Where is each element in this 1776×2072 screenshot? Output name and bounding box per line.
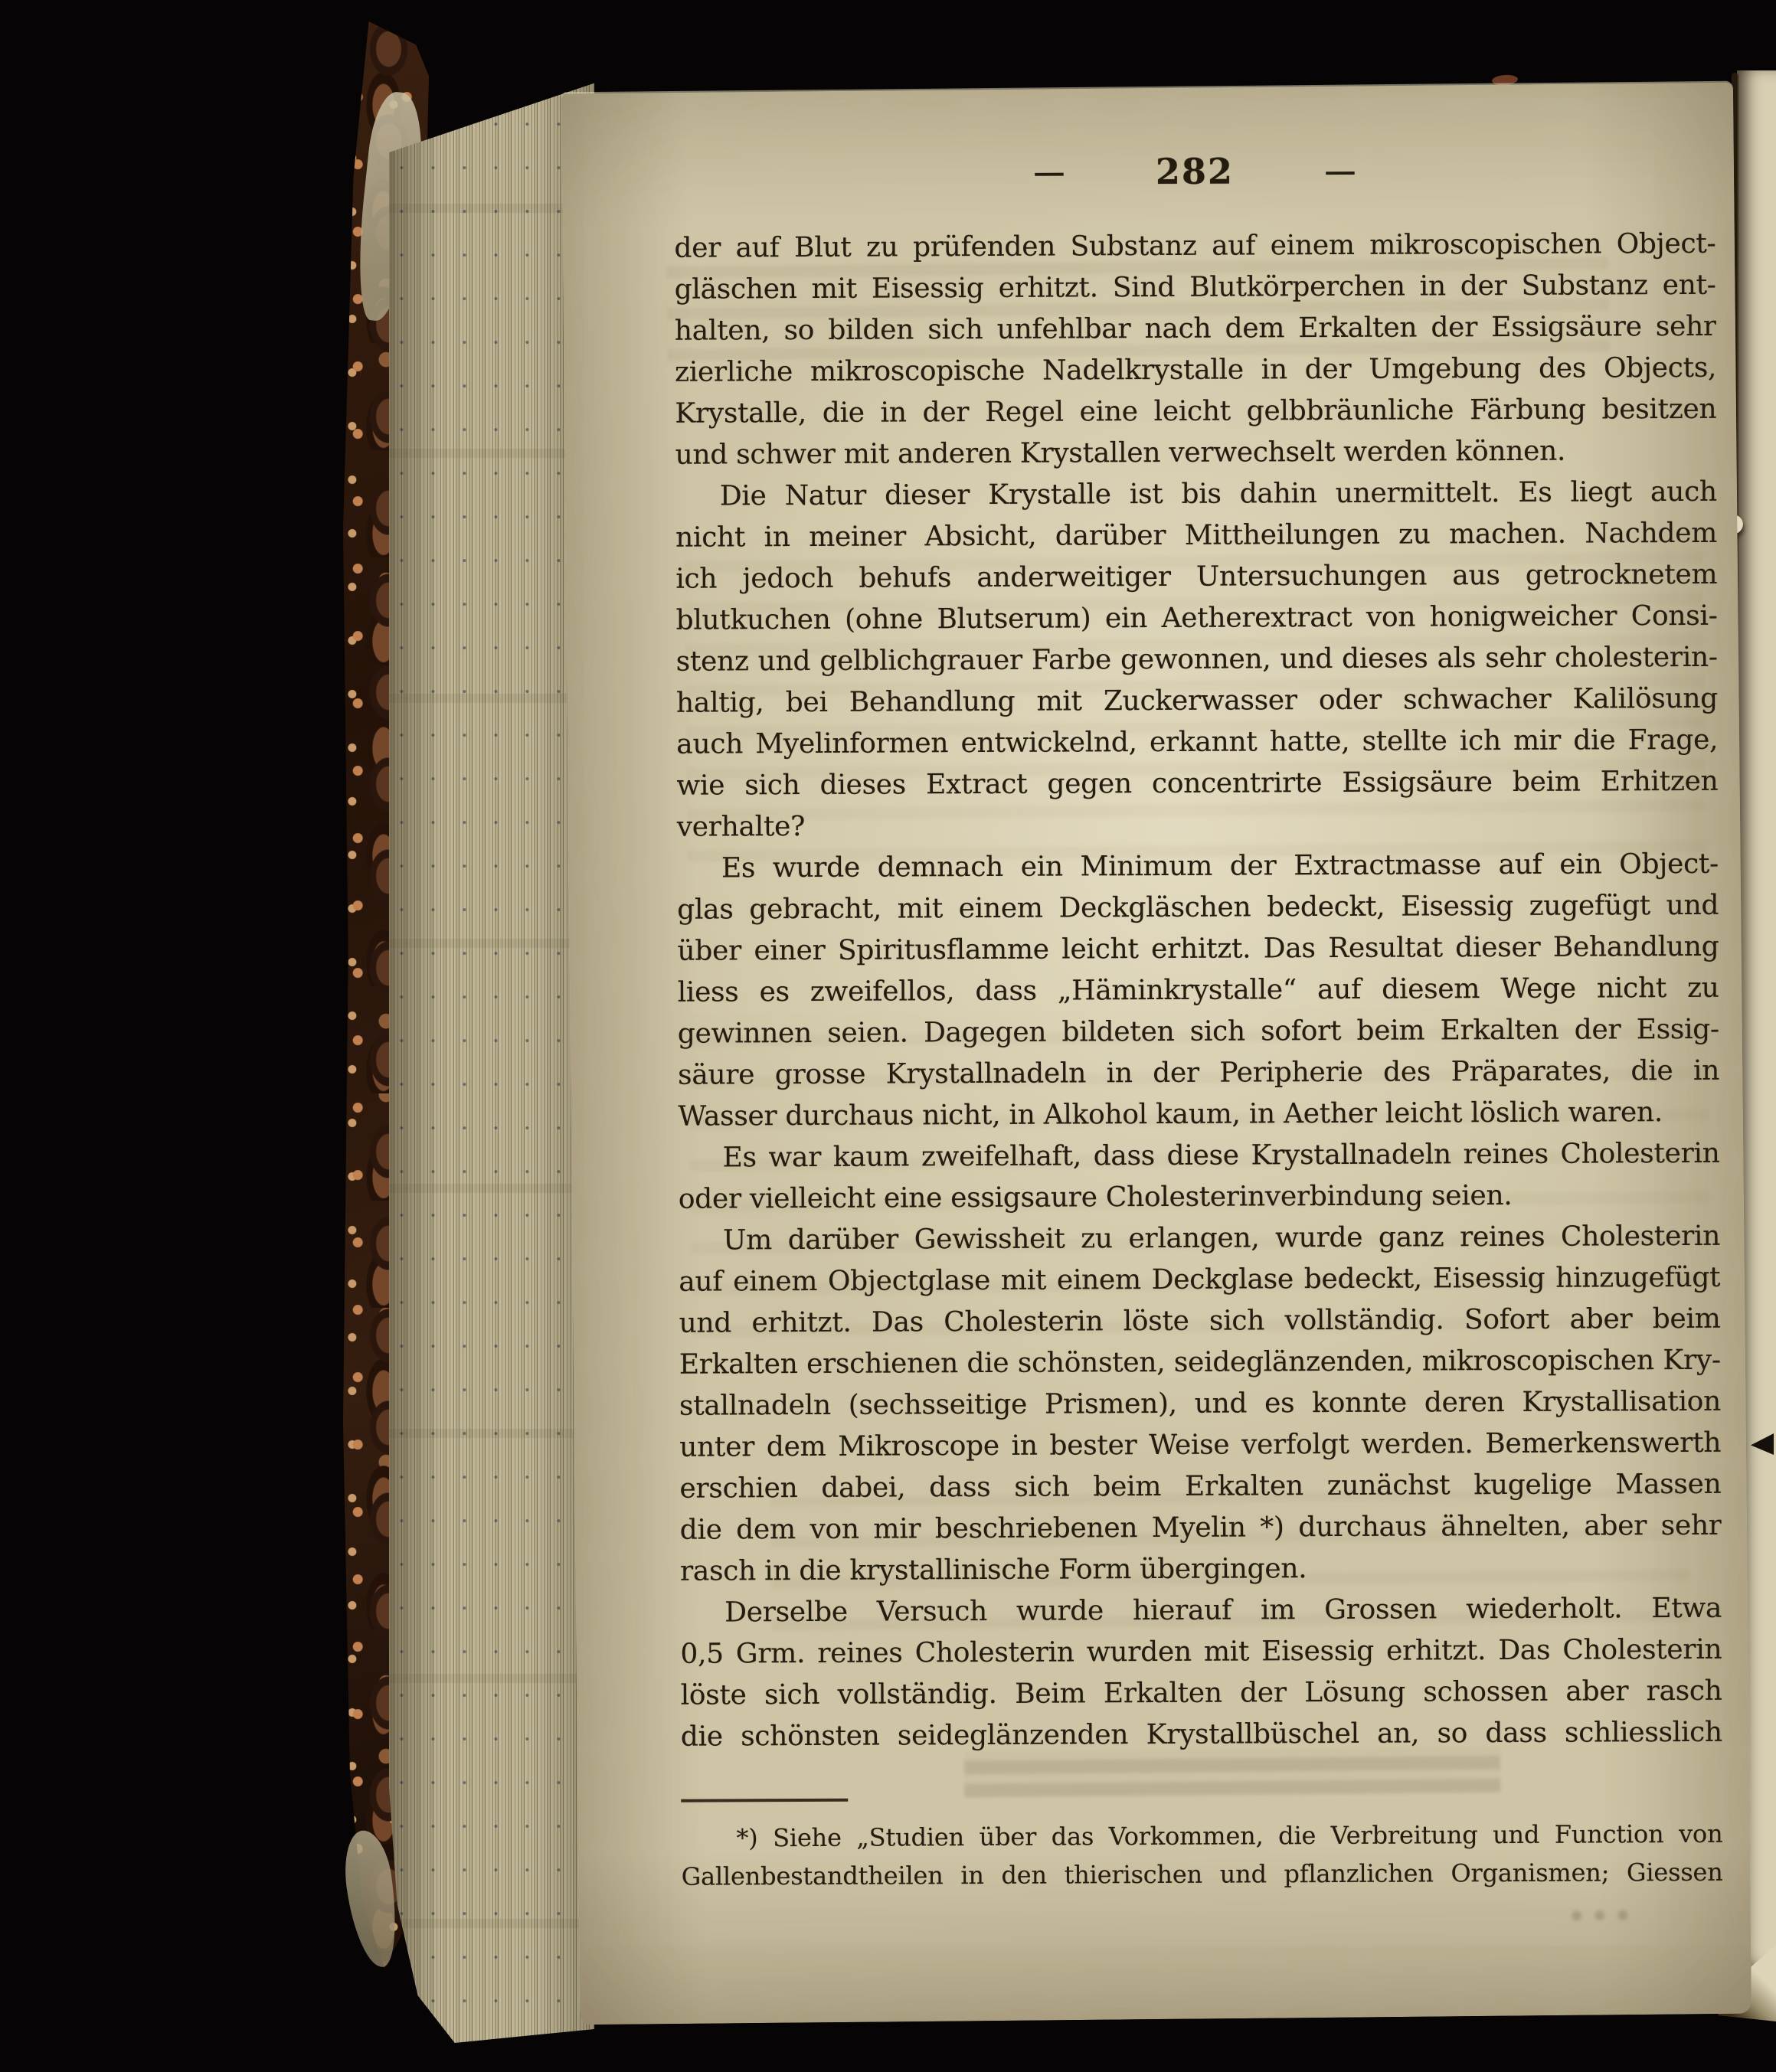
text-line: und schwer mit anderen Krystallen verwec… — [675, 430, 1716, 476]
paragraph: Die Natur dieser Krystalle ist bis dahin… — [675, 472, 1719, 848]
page-number: 282 — [1156, 151, 1234, 192]
text-line: säure grosse Krystallnadeln in der Perip… — [678, 1051, 1719, 1096]
text-line: auf einem Objectglase mit einem Deckglas… — [679, 1257, 1720, 1303]
text-line: oder vielleicht eine essigsaure Choleste… — [679, 1175, 1720, 1221]
running-head: — 282 — — [674, 145, 1715, 198]
text-line: die dem von mir beschriebenen Myelin *) … — [680, 1505, 1722, 1551]
text-line: verhalte? — [677, 802, 1719, 848]
paragraph: Um darüber Gewissheit zu erlangen, wurde… — [679, 1216, 1722, 1593]
text-line: rasch in die krystallinische Form übergi… — [680, 1547, 1722, 1593]
text-line: glas gebracht, mit einem Deckgläschen be… — [677, 885, 1719, 931]
paragraph: Es war kaum zweifelhaft, dass diese Krys… — [678, 1133, 1719, 1221]
text-line: Gallenbestandtheilen in den thierischen … — [682, 1853, 1723, 1896]
paragraph: der auf Blut zu prüfenden Substanz auf e… — [674, 224, 1716, 476]
text-line: 0,5 Grm. reines Cholesterin wurden mit E… — [680, 1629, 1722, 1675]
book-page: — 282 — der auf Blut zu prüfenden Substa… — [561, 83, 1751, 2025]
text-line: zierliche mikroscopische Nadelkrystalle … — [675, 348, 1716, 394]
paragraph: Es wurde demnach ein Minimum der Extract… — [677, 844, 1720, 1138]
text-line: und erhitzt. Das Cholesterin löste sich … — [679, 1299, 1720, 1345]
paragraph: Derselbe Versuch wurde hierauf im Grosse… — [680, 1588, 1722, 1758]
text-line: stenz und gelblichgrauer Farbe gewonnen,… — [676, 637, 1718, 683]
text-line: unter dem Mikroscope in bester Weise ver… — [679, 1423, 1721, 1469]
text-line: *) Siehe „Studien über das Vorkommen, di… — [681, 1815, 1722, 1858]
text-line: der auf Blut zu prüfenden Substanz auf e… — [674, 224, 1715, 270]
text-line: über einer Spiritusflamme leicht erhitzt… — [677, 927, 1719, 972]
footnote-separator-rule — [681, 1799, 848, 1802]
text-line: haltig, bei Behandlung mit Zuckerwasser … — [676, 678, 1718, 724]
text-line: auch Myelinformen entwickelnd, erkannt h… — [676, 720, 1718, 766]
text-line: Derselbe Versuch wurde hierauf im Grosse… — [680, 1588, 1722, 1634]
text-line: liess es zweifellos, dass „Häminkrystall… — [678, 968, 1719, 1014]
text-line: Es wurde demnach ein Minimum der Extract… — [677, 844, 1719, 890]
page-number-dash: — — [1324, 155, 1356, 185]
text-line: nicht in meiner Absicht, darüber Mitthei… — [675, 513, 1717, 559]
text-line: Es war kaum zweifelhaft, dass diese Krys… — [678, 1133, 1719, 1179]
text-line: Erkalten erschienen die schönsten, seide… — [679, 1340, 1721, 1386]
text-line: löste sich vollständig. Beim Erkalten de… — [681, 1671, 1722, 1717]
text-line: erschien dabei, dass sich beim Erkalten … — [679, 1464, 1721, 1510]
text-line: Um darüber Gewissheit zu erlangen, wurde… — [679, 1216, 1720, 1262]
text-line: Die Natur dieser Krystalle ist bis dahin… — [675, 472, 1717, 518]
text-line: Wasser durchaus nicht, in Alkohol kaum, … — [678, 1092, 1719, 1138]
paragraph: *) Siehe „Studien über das Vorkommen, di… — [681, 1815, 1722, 1896]
body-text: der auf Blut zu prüfenden Substanz auf e… — [674, 224, 1722, 1758]
text-line: wie sich dieses Extract gegen concentrir… — [676, 761, 1718, 807]
text-line: die schönsten seideglänzenden Krystallbü… — [681, 1712, 1722, 1758]
text-line: stallnadeln (sechsseitige Prismen), und … — [679, 1381, 1721, 1427]
printed-text-layer: — 282 — der auf Blut zu prüfenden Substa… — [567, 86, 1747, 2022]
page-number-dash: — — [1033, 157, 1065, 187]
text-line: Krystalle, die in der Regel eine leicht … — [675, 389, 1716, 435]
text-line: gewinnen seien. Dagegen bildeten sich so… — [678, 1009, 1719, 1055]
text-line: ich jedoch behufs anderweitiger Untersuc… — [675, 554, 1717, 600]
photo-backdrop: — 282 — der auf Blut zu prüfenden Substa… — [0, 0, 1776, 2072]
text-line: blutkuchen (ohne Blutserum) ein Aetherex… — [675, 596, 1717, 642]
footnote-text: *) Siehe „Studien über das Vorkommen, di… — [681, 1815, 1722, 1896]
text-line: halten, so bilden sich unfehlbar nach de… — [675, 306, 1716, 352]
text-line: gläschen mit Eisessig erhitzt. Sind Blut… — [675, 265, 1716, 311]
